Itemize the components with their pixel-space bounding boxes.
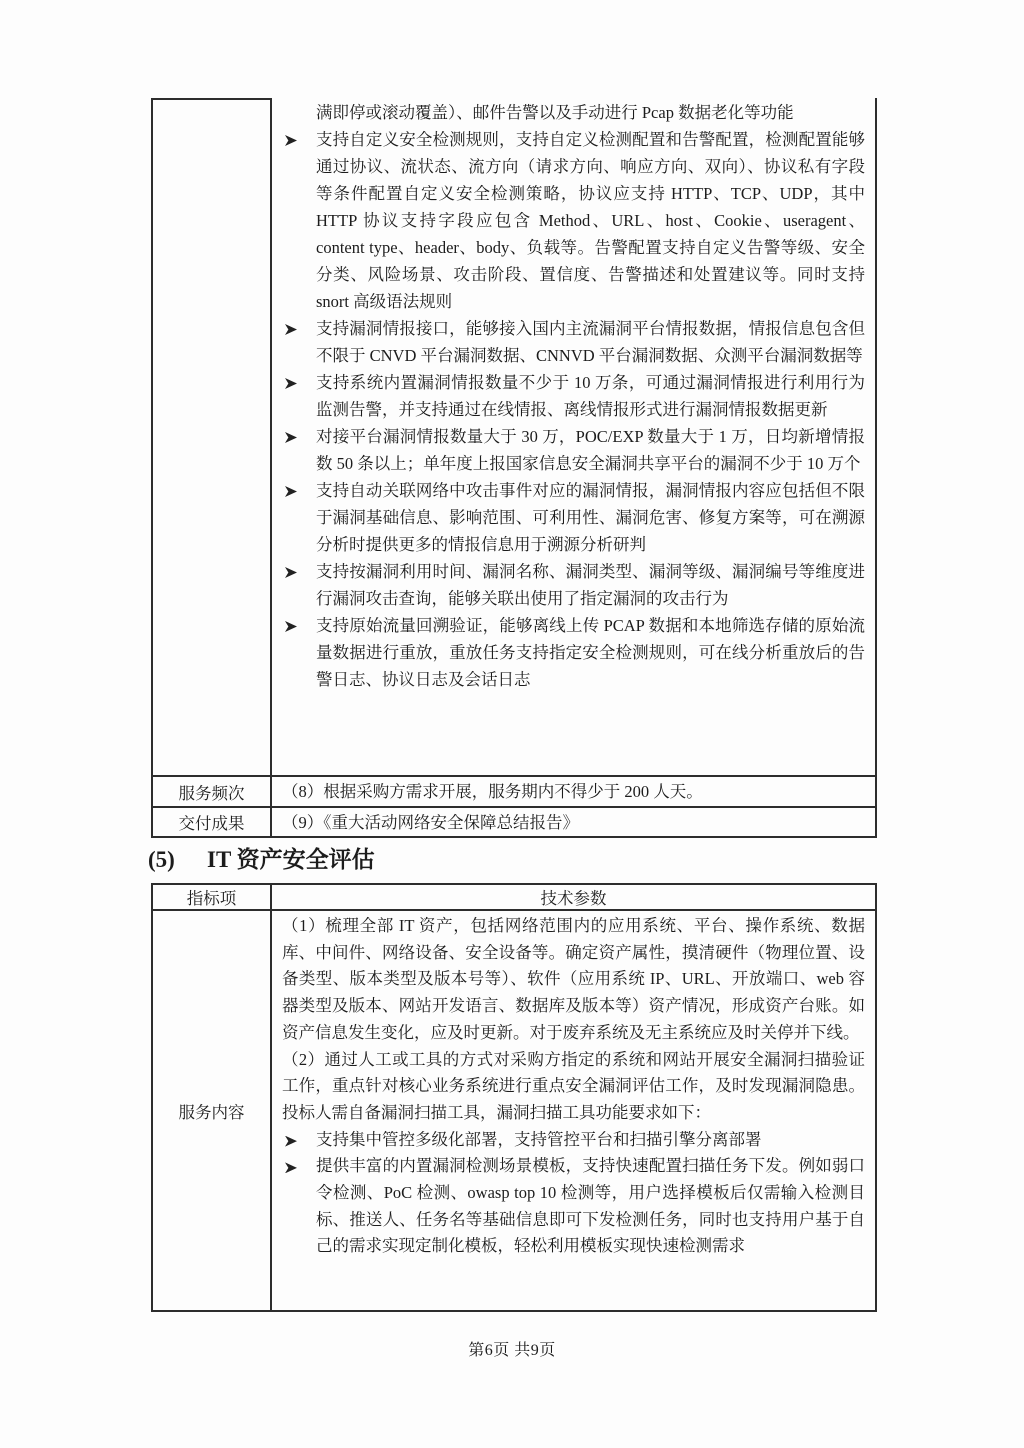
bullet-text: 提供丰富的内置漏洞检测场景模板，支持快速配置扫描任务下发。例如弱口令检测、PoC… bbox=[316, 1153, 865, 1260]
bullet-item: 支持原始流量回溯验证，能够离线上传 PCAP 数据和本地筛选存储的原始流量数据进… bbox=[282, 612, 865, 693]
bullet-item: 提供丰富的内置漏洞检测场景模板，支持快速配置扫描任务下发。例如弱口令检测、PoC… bbox=[282, 1153, 865, 1260]
section-heading: (5) IT 资产安全评估 bbox=[148, 840, 375, 880]
spec-table-continued: 满即停或滚动覆盖）、邮件告警以及手动进行 Pcap 数据老化等功能 支持自定义安… bbox=[151, 98, 877, 838]
column-header-parameters: 技术参数 bbox=[272, 883, 877, 911]
row-label-text: 交付成果 bbox=[179, 810, 245, 834]
document-page: 满即停或滚动覆盖）、邮件告警以及手动进行 Pcap 数据老化等功能 支持自定义安… bbox=[0, 0, 1024, 1448]
arrow-bullet-icon bbox=[282, 315, 316, 369]
arrow-bullet-icon bbox=[282, 612, 316, 693]
column-header-text: 指标项 bbox=[187, 885, 237, 909]
row-label-deliverables: 交付成果 bbox=[151, 806, 272, 838]
bullet-text: 支持自定义安全检测规则，支持自定义检测配置和告警配置，检测配置能够通过协议、流状… bbox=[316, 126, 865, 315]
arrow-bullet-icon bbox=[282, 126, 316, 315]
assessment-table: 指标项 技术参数 服务内容 （1）梳理全部 IT 资产，包括网络范围内的应用系统… bbox=[151, 883, 877, 1312]
bullet-item: 对接平台漏洞情报数量大于 30 万，POC/EXP 数量大于 1 万，日均新增情… bbox=[282, 423, 865, 477]
spec-table-content-cell: 满即停或滚动覆盖）、邮件告警以及手动进行 Pcap 数据老化等功能 支持自定义安… bbox=[272, 98, 877, 775]
bullet-item: 支持自动关联网络中攻击事件对应的漏洞情报，漏洞情报内容应包括但不限于漏洞基础信息… bbox=[282, 477, 865, 558]
paragraph: （1）梳理全部 IT 资产，包括网络范围内的应用系统、平台、操作系统、数据库、中… bbox=[282, 913, 865, 1047]
row-value-service-frequency: （8）根据采购方需求开展，服务期内不得少于 200 人天。 bbox=[272, 775, 877, 806]
bullet-text: 支持集中管控多级化部署，支持管控平台和扫描引擎分离部署 bbox=[316, 1127, 762, 1154]
bullet-text: 支持按漏洞利用时间、漏洞名称、漏洞类型、漏洞等级、漏洞编号等维度进行漏洞攻击查询… bbox=[316, 558, 865, 612]
arrow-bullet-icon bbox=[282, 1153, 316, 1260]
row-label-text: 服务频次 bbox=[179, 780, 245, 804]
bullet-text: 支持漏洞情报接口，能够接入国内主流漏洞平台情报数据，情报信息包含但不限于 CNV… bbox=[316, 315, 865, 369]
bullet-text: 支持自动关联网络中攻击事件对应的漏洞情报，漏洞情报内容应包括但不限于漏洞基础信息… bbox=[316, 477, 865, 558]
bullet-text: 对接平台漏洞情报数量大于 30 万，POC/EXP 数量大于 1 万，日均新增情… bbox=[316, 423, 865, 477]
section-number: (5) bbox=[148, 840, 207, 880]
bullet-item: 支持集中管控多级化部署，支持管控平台和扫描引擎分离部署 bbox=[282, 1127, 865, 1154]
row-label-text: 服务内容 bbox=[179, 1099, 245, 1123]
bullet-item: 支持按漏洞利用时间、漏洞名称、漏洞类型、漏洞等级、漏洞编号等维度进行漏洞攻击查询… bbox=[282, 558, 865, 612]
bullet-text: 支持原始流量回溯验证，能够离线上传 PCAP 数据和本地筛选存储的原始流量数据进… bbox=[316, 612, 865, 693]
arrow-bullet-icon bbox=[282, 369, 316, 423]
bullet-item: 支持自定义安全检测规则，支持自定义检测配置和告警配置，检测配置能够通过协议、流状… bbox=[282, 126, 865, 315]
row-value-text: （9）《重大活动网络安全保障总结报告》 bbox=[272, 809, 589, 836]
spec-table-empty-label-cell bbox=[151, 98, 272, 775]
arrow-bullet-icon bbox=[282, 423, 316, 477]
arrow-bullet-icon bbox=[282, 558, 316, 612]
column-header-text: 技术参数 bbox=[541, 885, 607, 909]
row-label-service-content: 服务内容 bbox=[151, 911, 272, 1312]
continuation-line: 满即停或滚动覆盖）、邮件告警以及手动进行 Pcap 数据老化等功能 bbox=[282, 99, 865, 126]
bullet-item: 支持漏洞情报接口，能够接入国内主流漏洞平台情报数据，情报信息包含但不限于 CNV… bbox=[282, 315, 865, 369]
paragraph: （2）通过人工或工具的方式对采购方指定的系统和网站开展安全漏洞扫描验证工作，重点… bbox=[282, 1047, 865, 1127]
page-footer: 第6页 共9页 bbox=[0, 1337, 1024, 1360]
bullet-item: 支持系统内置漏洞情报数量不少于 10 万条，可通过漏洞情报进行利用行为监测告警，… bbox=[282, 369, 865, 423]
bullet-text: 支持系统内置漏洞情报数量不少于 10 万条，可通过漏洞情报进行利用行为监测告警，… bbox=[316, 369, 865, 423]
arrow-bullet-icon bbox=[282, 477, 316, 558]
row-label-service-frequency: 服务频次 bbox=[151, 775, 272, 806]
row-value-deliverables: （9）《重大活动网络安全保障总结报告》 bbox=[272, 806, 877, 838]
section-title: IT 资产安全评估 bbox=[207, 840, 375, 880]
column-header-indicator: 指标项 bbox=[151, 883, 272, 911]
row-value-service-content: （1）梳理全部 IT 资产，包括网络范围内的应用系统、平台、操作系统、数据库、中… bbox=[272, 911, 877, 1312]
row-value-text: （8）根据采购方需求开展，服务期内不得少于 200 人天。 bbox=[272, 778, 713, 805]
arrow-bullet-icon bbox=[282, 1127, 316, 1154]
